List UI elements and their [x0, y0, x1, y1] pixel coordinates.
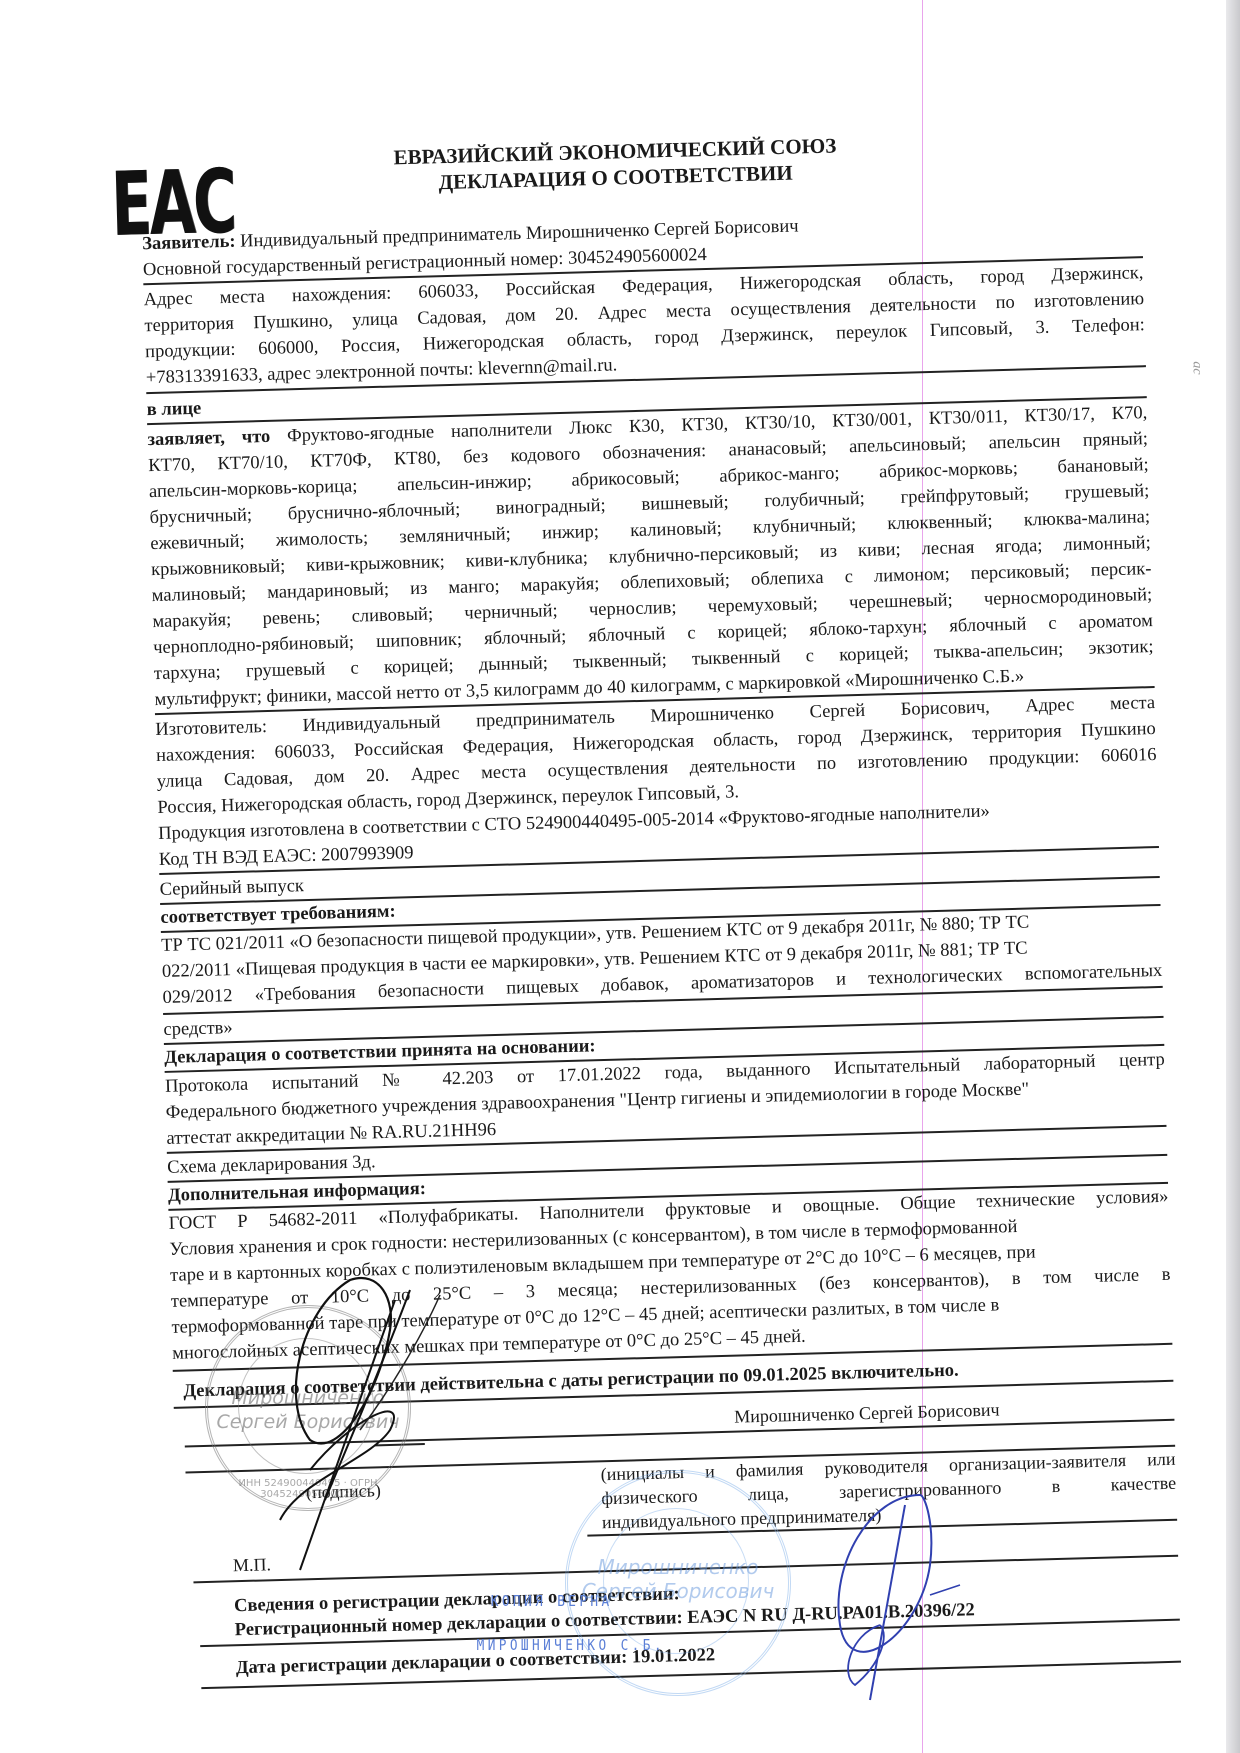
declares-label: заявляет, что — [147, 427, 270, 450]
divider — [164, 1016, 1164, 1045]
applicant-label: Заявитель: — [142, 232, 236, 255]
in-person-label: в лице — [146, 397, 201, 422]
applicant-name: Индивидуальный предприниматель Мирошниче… — [235, 216, 799, 251]
seal-stamp-blue: Мирошниченко Сергей Борисович — [565, 1470, 791, 1696]
signature-blue — [810, 1485, 970, 1705]
copy-owner-mark: МИРОШНИЧЕНКО С.Б. — [477, 1636, 665, 1654]
requirement-line: средств» — [163, 1016, 233, 1042]
divider — [160, 876, 1160, 905]
copy-certified-mark: КОПИЯ ВЕРНА — [491, 1592, 613, 1610]
signature-black — [240, 1270, 500, 1600]
production-type: Серийный выпуск — [159, 874, 304, 902]
